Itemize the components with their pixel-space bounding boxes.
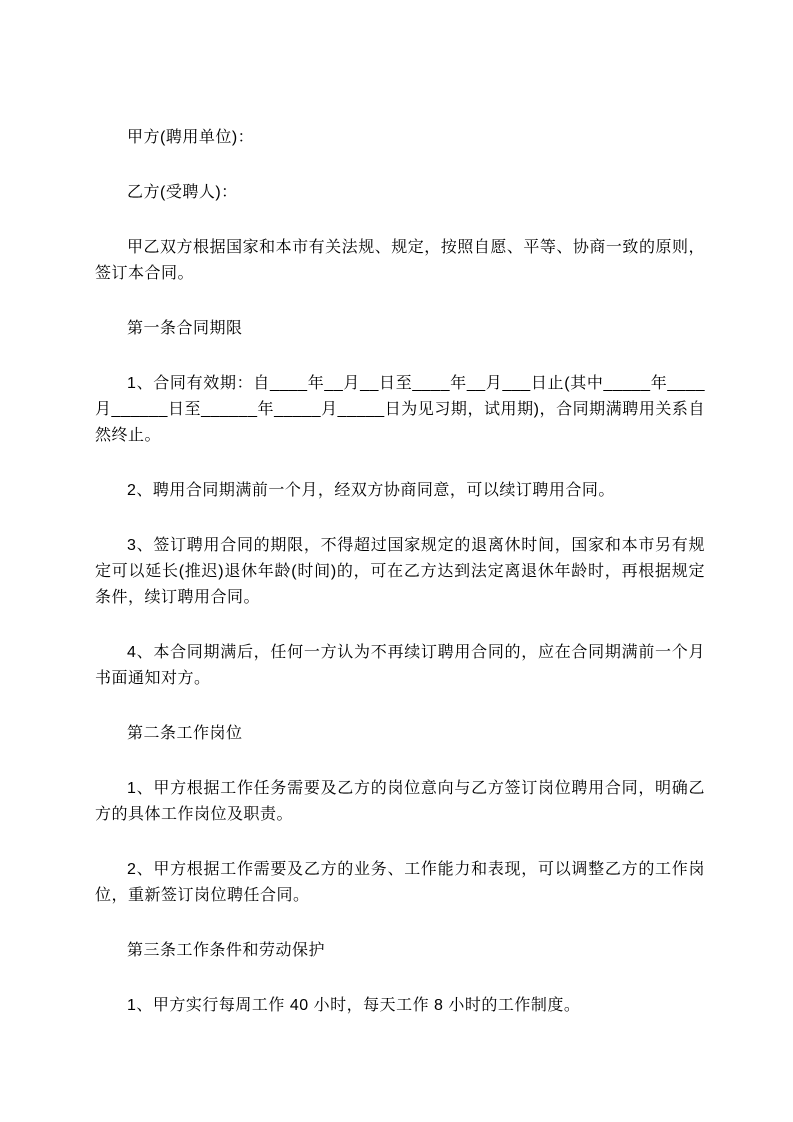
clause-1-1: 1、合同有效期：自____年__月__日至____年__月___日止(其中___… bbox=[95, 371, 705, 449]
section-2-heading: 第二条工作岗位 bbox=[95, 721, 705, 747]
clause-2-2: 2、甲方根据工作需要及乙方的业务、工作能力和表现，可以调整乙方的工作岗位，重新签… bbox=[95, 857, 705, 909]
clause-1-2: 2、聘用合同期满前一个月，经双方协商同意，可以续订聘用合同。 bbox=[95, 478, 705, 504]
clause-2-1: 1、甲方根据工作任务需要及乙方的岗位意向与乙方签订岗位聘用合同，明确乙方的具体工… bbox=[95, 776, 705, 828]
clause-3-1: 1、甲方实行每周工作 40 小时，每天工作 8 小时的工作制度。 bbox=[95, 993, 705, 1019]
party-b-label: 乙方(受聘人)： bbox=[95, 180, 705, 206]
clause-1-4: 4、本合同期满后，任何一方认为不再续订聘用合同的，应在合同期满前一个月书面通知对… bbox=[95, 640, 705, 692]
contract-page: 甲方(聘用单位)： 乙方(受聘人)： 甲乙双方根据国家和本市有关法规、规定，按照… bbox=[0, 0, 793, 1122]
preamble: 甲乙双方根据国家和本市有关法规、规定，按照自愿、平等、协商一致的原则，签订本合同… bbox=[95, 235, 705, 287]
section-1-heading: 第一条合同期限 bbox=[95, 316, 705, 342]
party-a-label: 甲方(聘用单位)： bbox=[95, 125, 705, 151]
clause-1-3: 3、签订聘用合同的期限，不得超过国家规定的退离休时间，国家和本市另有规定可以延长… bbox=[95, 533, 705, 611]
section-3-heading: 第三条工作条件和劳动保护 bbox=[95, 938, 705, 964]
